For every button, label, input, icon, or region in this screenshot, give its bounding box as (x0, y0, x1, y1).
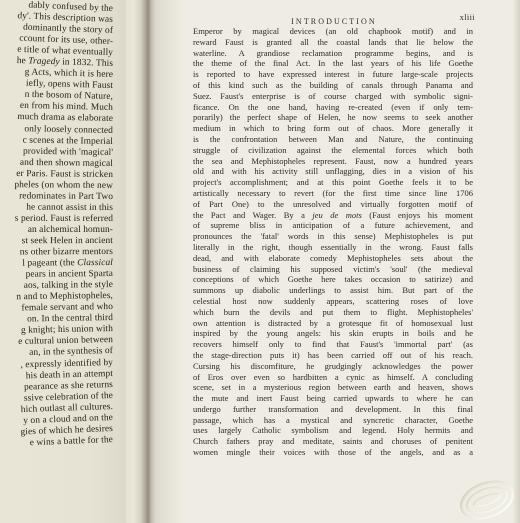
text-line: Suez. Faust's enterprise is of course ch… (193, 91, 473, 102)
text-line: porarily) the perfect shape of Helen, he… (193, 112, 473, 123)
text-line: Cursing his discomfiture, he grudgingly … (193, 361, 473, 372)
text-line: the stage-direction puts it) has been ca… (193, 350, 473, 361)
left-page: dably confused by thedy'. This descripti… (0, 0, 146, 523)
text-line: undergo further transformation and devel… (193, 404, 473, 415)
text-line: Church fathers pray and meditate, saints… (193, 436, 473, 447)
left-page-text-column: dably confused by thedy'. This descripti… (0, 4, 113, 446)
text-line: s period. Faust is referred (0, 213, 113, 225)
right-page-text-column: Emperor by magical devices (an old chapb… (193, 26, 473, 458)
text-line: reward Faust is granted all the coastal … (193, 37, 473, 48)
text-line: Emperor by magical devices (an old chapb… (193, 26, 473, 37)
text-line: celestial host now suddenly appears, sca… (193, 296, 473, 307)
text-line: the Pact and Wager. By a jeu de mots (Fa… (193, 210, 473, 221)
text-line: inspired by the young angels: his skin e… (193, 328, 473, 339)
text-line: of supreme bliss in anticipation of a fu… (193, 220, 473, 231)
text-line: ficance. On the one hand, having re-crea… (193, 102, 473, 113)
text-line: of Eros over even so hardbitten a cynic … (193, 372, 473, 383)
text-line: is the confrontation between Man and Nat… (193, 134, 473, 145)
text-line: literally in the right, though essential… (193, 242, 473, 253)
text-line: passage, which has a mystical and syncre… (193, 415, 473, 426)
text-line: artistically necessary to revert (for th… (193, 188, 473, 199)
text-line: own attention is distracted by a grotesq… (193, 318, 473, 329)
text-line: dead, and with elaborate comedy Mephisto… (193, 253, 473, 264)
right-page: INTRODUCTION xliii Emperor by magical de… (156, 0, 520, 523)
text-line: women mingle their voices with those of … (193, 447, 473, 458)
text-line: waterline. A grandiose reclamation progr… (193, 48, 473, 59)
text-line: the theme of the final Act. In the last … (193, 58, 473, 69)
open-book-photo: dably confused by thedy'. This descripti… (0, 0, 520, 523)
page-number: xliii (460, 12, 475, 22)
text-line: the mute and inert Faust being carried u… (193, 393, 473, 404)
text-line: pronounces the 'fatal' words in this sen… (193, 231, 473, 242)
text-line: business of claiming his supposed victim… (193, 264, 473, 275)
text-line: scene, set in a mysterious region betwee… (193, 382, 473, 393)
text-line: struggle of civilization against the ele… (193, 145, 473, 156)
text-line: the sea and Mephistopheles represent. Fa… (193, 156, 473, 167)
text-line: e wins a battle for the (0, 435, 113, 455)
text-line: project's accomplishment; and at this po… (193, 177, 473, 188)
text-line: which burn the devils and put them to fl… (193, 307, 473, 318)
page-header-title: INTRODUCTION (291, 17, 377, 26)
text-line: and then shown magical (0, 156, 113, 170)
text-line: of this kind such as the building of can… (193, 80, 473, 91)
text-line: redominates in Part Two (0, 190, 113, 203)
text-line: old and with his activity still unflaggi… (193, 166, 473, 177)
text-line: uses largely Catholic symbolism and lege… (193, 425, 473, 436)
text-line: st seek Helen in ancient (0, 236, 113, 248)
text-line: conceptions of which Goethe here takes o… (193, 274, 473, 285)
text-line: of Part One) to the unresolved and virtu… (193, 199, 473, 210)
text-line: recovers himself only to find that Faust… (193, 339, 473, 350)
page-header: INTRODUCTION xliii (193, 11, 475, 23)
text-line: an alchemical homun- (0, 225, 113, 236)
text-line: pheles (on whom the new (0, 179, 113, 192)
text-line: is reported to have expressed interest i… (193, 69, 473, 80)
embossed-seal-icon (455, 474, 520, 523)
text-line: er Paris. Faust is stricken (0, 167, 113, 180)
text-line: medium in which to bring form out of cha… (193, 123, 473, 134)
text-line: he cannot assist in this (0, 202, 113, 214)
text-line: summons up diabolic underlings to assist… (193, 285, 473, 296)
